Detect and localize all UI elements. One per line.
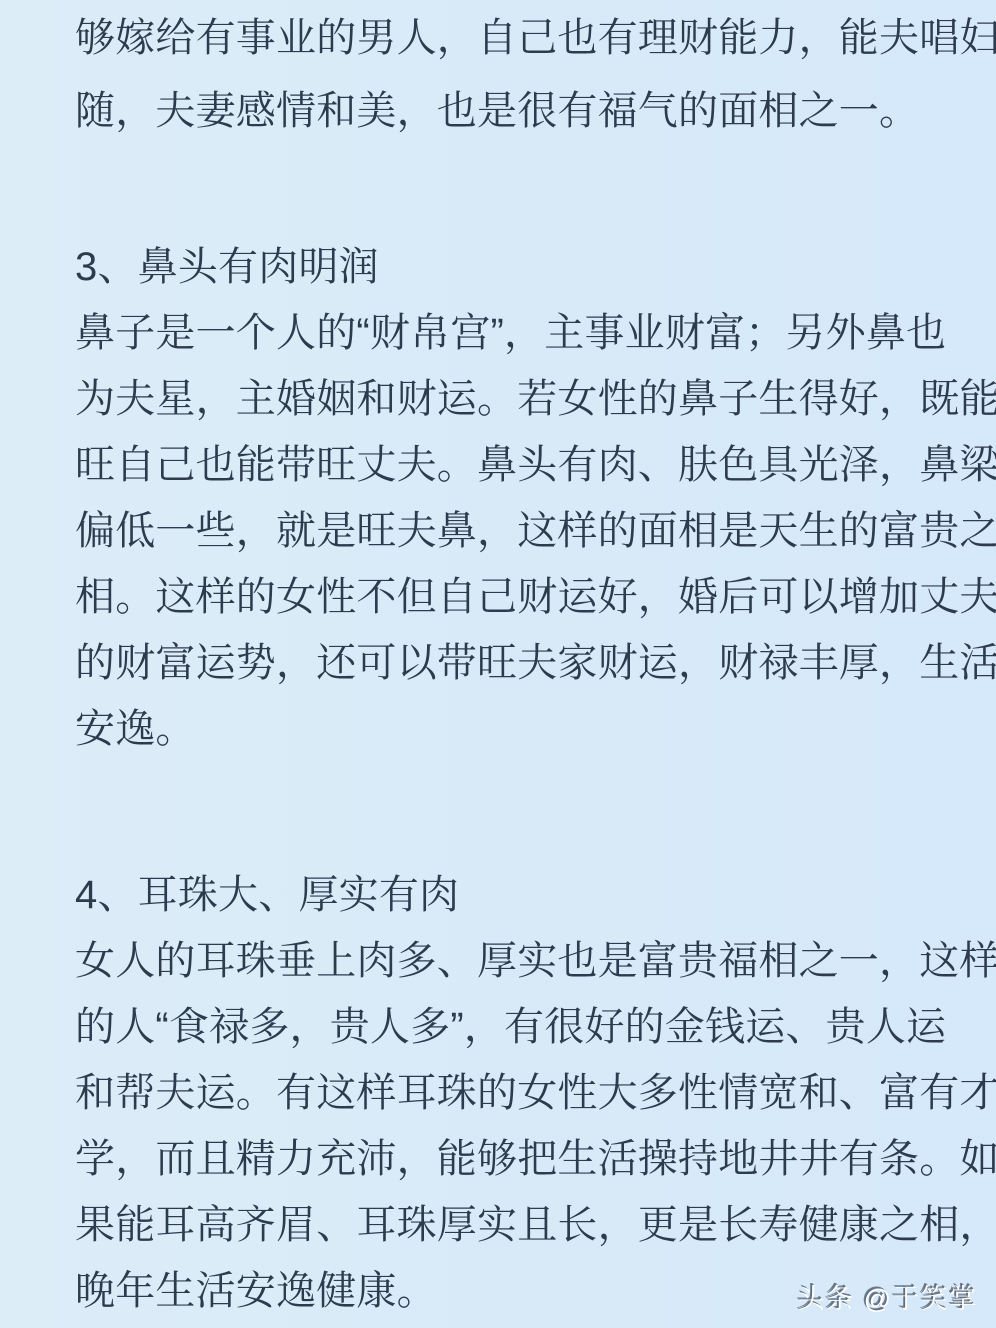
section-heading: 3、鼻头有肉明润	[75, 234, 927, 300]
article-section: 3、鼻头有肉明润鼻子是一个人的“财帛宫”，主事业财富；另外鼻也为夫星，主婚姻和财…	[75, 234, 927, 762]
text-line: 学，而且精力充沛，能够把生活操持地井井有条。如	[75, 1126, 927, 1192]
article-section: 4、耳珠大、厚实有肉女人的耳珠垂上肉多、厚实也是富贵福相之一，这样的人“食禄多，…	[75, 862, 927, 1324]
text-line: 和帮夫运。有这样耳珠的女性大多性情宽和、富有才	[75, 1060, 927, 1126]
section-heading: 4、耳珠大、厚实有肉	[75, 862, 927, 928]
text-line: 偏低一些，就是旺夫鼻，这样的面相是天生的富贵之	[75, 498, 927, 564]
text-line: 鼻子是一个人的“财帛宫”，主事业财富；另外鼻也	[75, 300, 927, 366]
text-line: 的人“食禄多，贵人多”，有很好的金钱运、贵人运	[75, 994, 927, 1060]
watermark-author-badge: 头条 @于笑掌	[798, 1277, 978, 1316]
text-line: 女人的耳珠垂上肉多、厚实也是富贵福相之一，这样	[75, 928, 927, 994]
sections-container: 3、鼻头有肉明润鼻子是一个人的“财帛宫”，主事业财富；另外鼻也为夫星，主婚姻和财…	[75, 234, 927, 1324]
text-line: 安逸。	[75, 696, 927, 762]
article-page: { "page": { "background_color": "#d8eaf8…	[0, 0, 996, 1328]
text-line: 为夫星，主婚姻和财运。若女性的鼻子生得好，既能	[75, 366, 927, 432]
text-line: 果能耳高齐眉、耳珠厚实且长，更是长寿健康之相，	[75, 1192, 927, 1258]
text-line: 的财富运势，还可以带旺夫家财运，财禄丰厚，生活	[75, 630, 927, 696]
text-line: 随，夫妻感情和美，也是很有福气的面相之一。	[75, 75, 927, 148]
text-line: 够嫁给有事业的男人，自己也有理财能力，能夫唱妇	[75, 2, 927, 75]
text-line: 旺自己也能带旺丈夫。鼻头有肉、肤色具光泽，鼻梁	[75, 432, 927, 498]
watermark-text: 头条 @于笑掌	[798, 1284, 978, 1314]
article-body: 够嫁给有事业的男人，自己也有理财能力，能夫唱妇随，夫妻感情和美，也是很有福气的面…	[75, 2, 927, 1324]
intro-paragraph: 够嫁给有事业的男人，自己也有理财能力，能夫唱妇随，夫妻感情和美，也是很有福气的面…	[75, 2, 927, 148]
text-line: 相。这样的女性不但自己财运好，婚后可以增加丈夫	[75, 564, 927, 630]
